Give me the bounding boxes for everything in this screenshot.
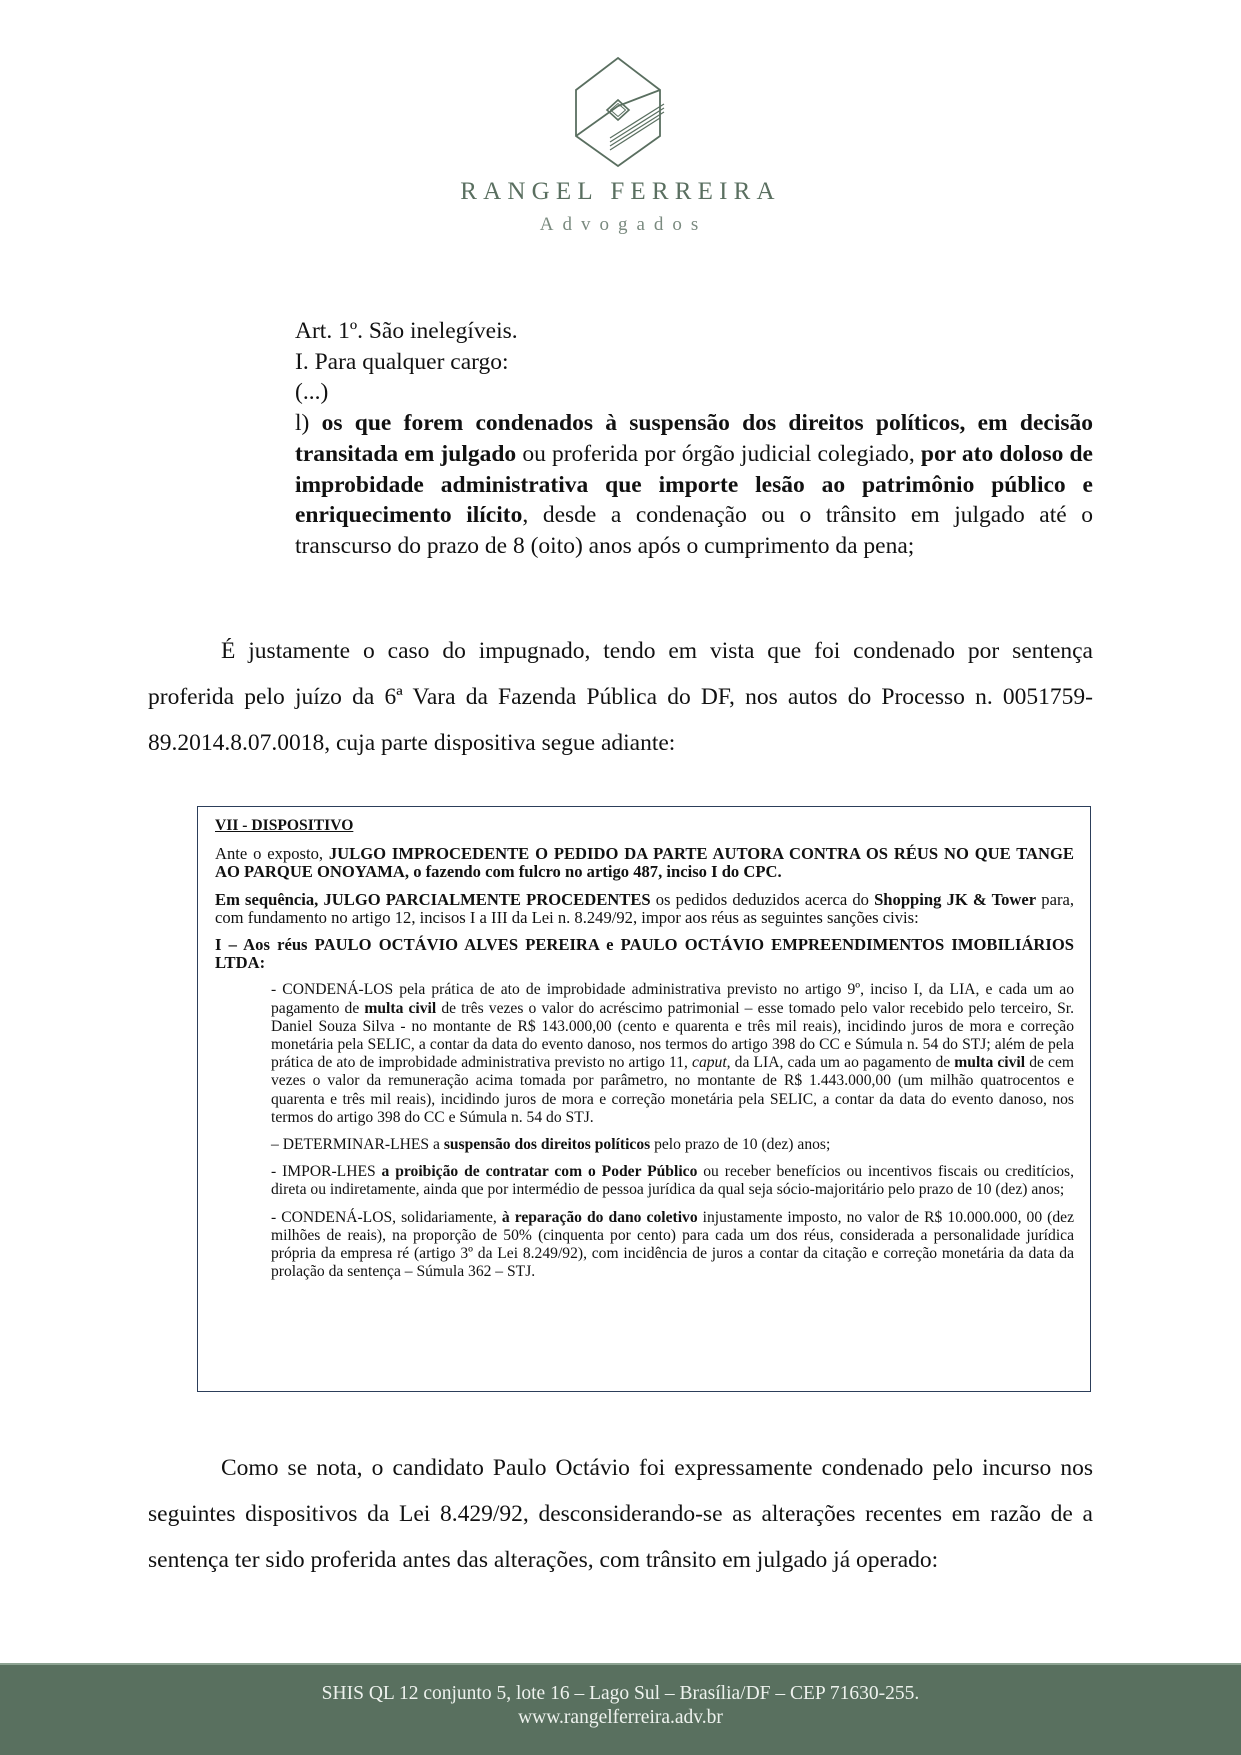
quote-item-i: I. Para qualquer cargo: [295,347,1093,378]
letterhead: RANGEL FERREIRA Advogados [0,0,1241,250]
excerpt-bold: a proibição de contratar com o Poder Púb… [382,1163,698,1180]
excerpt-italic: caput, [692,1054,731,1071]
quote-text-1: ou proferida por órgão judicial colegiad… [516,441,921,467]
quote-item-l: l) os que forem condenados à suspensão d… [295,408,1093,562]
excerpt-item-suspensao: – DETERMINAR-LHES a suspensão dos direit… [215,1136,1074,1154]
hexagon-monogram-icon [568,52,674,174]
excerpt-bold: JULGO IMPROCEDENTE O PEDIDO DA PARTE AUT… [215,844,1074,881]
brand-subtitle: Advogados [0,214,1241,236]
excerpt-heading: VII - DISPOSITIVO [215,817,1074,835]
paragraph-text: É justamente o caso do impugnado, tendo … [148,638,1093,756]
excerpt-text: os pedidos deduzidos acerca do [651,890,874,909]
quote-ellipsis: (...) [295,377,1093,408]
excerpt-bold: multa civil [954,1054,1025,1071]
footer-bar: SHIS QL 12 conjunto 5, lote 16 – Lago Su… [0,1663,1241,1755]
excerpt-text: - CONDENÁ-LOS, solidariamente, [271,1209,502,1226]
excerpt-bold: I – Aos réus PAULO OCTÁVIO ALVES PEREIRA… [215,935,1074,972]
quote-article: Art. 1º. São inelegíveis. [295,316,1093,347]
excerpt-bold: suspensão dos direitos políticos [444,1136,650,1153]
excerpt-text: - IMPOR-LHES [271,1163,382,1180]
excerpt-text: Ante o exposto, [215,844,329,863]
excerpt-text: da LIA, cada um ao pagamento de [731,1054,955,1071]
brand-name: RANGEL FERREIRA [0,178,1241,206]
excerpt-bold: multa civil [364,1000,436,1017]
excerpt-bold: à reparação do dano coletivo [502,1209,698,1226]
excerpt-item-reparacao: - CONDENÁ-LOS, solidariamente, à reparaç… [215,1209,1074,1282]
excerpt-paragraph-1: Ante o exposto, JULGO IMPROCEDENTE O PED… [215,845,1074,881]
sentence-excerpt-box: VII - DISPOSITIVO Ante o exposto, JULGO … [197,806,1091,1392]
excerpt-bold: Em sequência, JULGO PARCIALMENTE PROCEDE… [215,890,651,909]
quote-item-prefix: l) [295,410,322,436]
excerpt-text: – DETERMINAR-LHES a [271,1136,444,1153]
excerpt-item-condenar: - CONDENÁ-LOS pela prática de ato de imp… [215,981,1074,1127]
footer-address: SHIS QL 12 conjunto 5, lote 16 – Lago Su… [0,1683,1241,1705]
excerpt-text: pelo prazo de 10 (dez) anos; [650,1136,830,1153]
legal-quotation: Art. 1º. São inelegíveis. I. Para qualqu… [295,316,1093,562]
body-paragraph-2: Como se nota, o candidato Paulo Octávio … [148,1445,1093,1583]
excerpt-item-proibicao: - IMPOR-LHES a proibição de contratar co… [215,1163,1074,1199]
excerpt-bold: Shopping JK & Tower [874,890,1036,909]
excerpt-paragraph-2: Em sequência, JULGO PARCIALMENTE PROCEDE… [215,891,1074,927]
excerpt-paragraph-3: I – Aos réus PAULO OCTÁVIO ALVES PEREIRA… [215,936,1074,972]
footer-website[interactable]: www.rangelferreira.adv.br [0,1707,1241,1729]
body-paragraph-1: É justamente o caso do impugnado, tendo … [148,628,1093,766]
paragraph-text: Como se nota, o candidato Paulo Octávio … [148,1455,1093,1573]
